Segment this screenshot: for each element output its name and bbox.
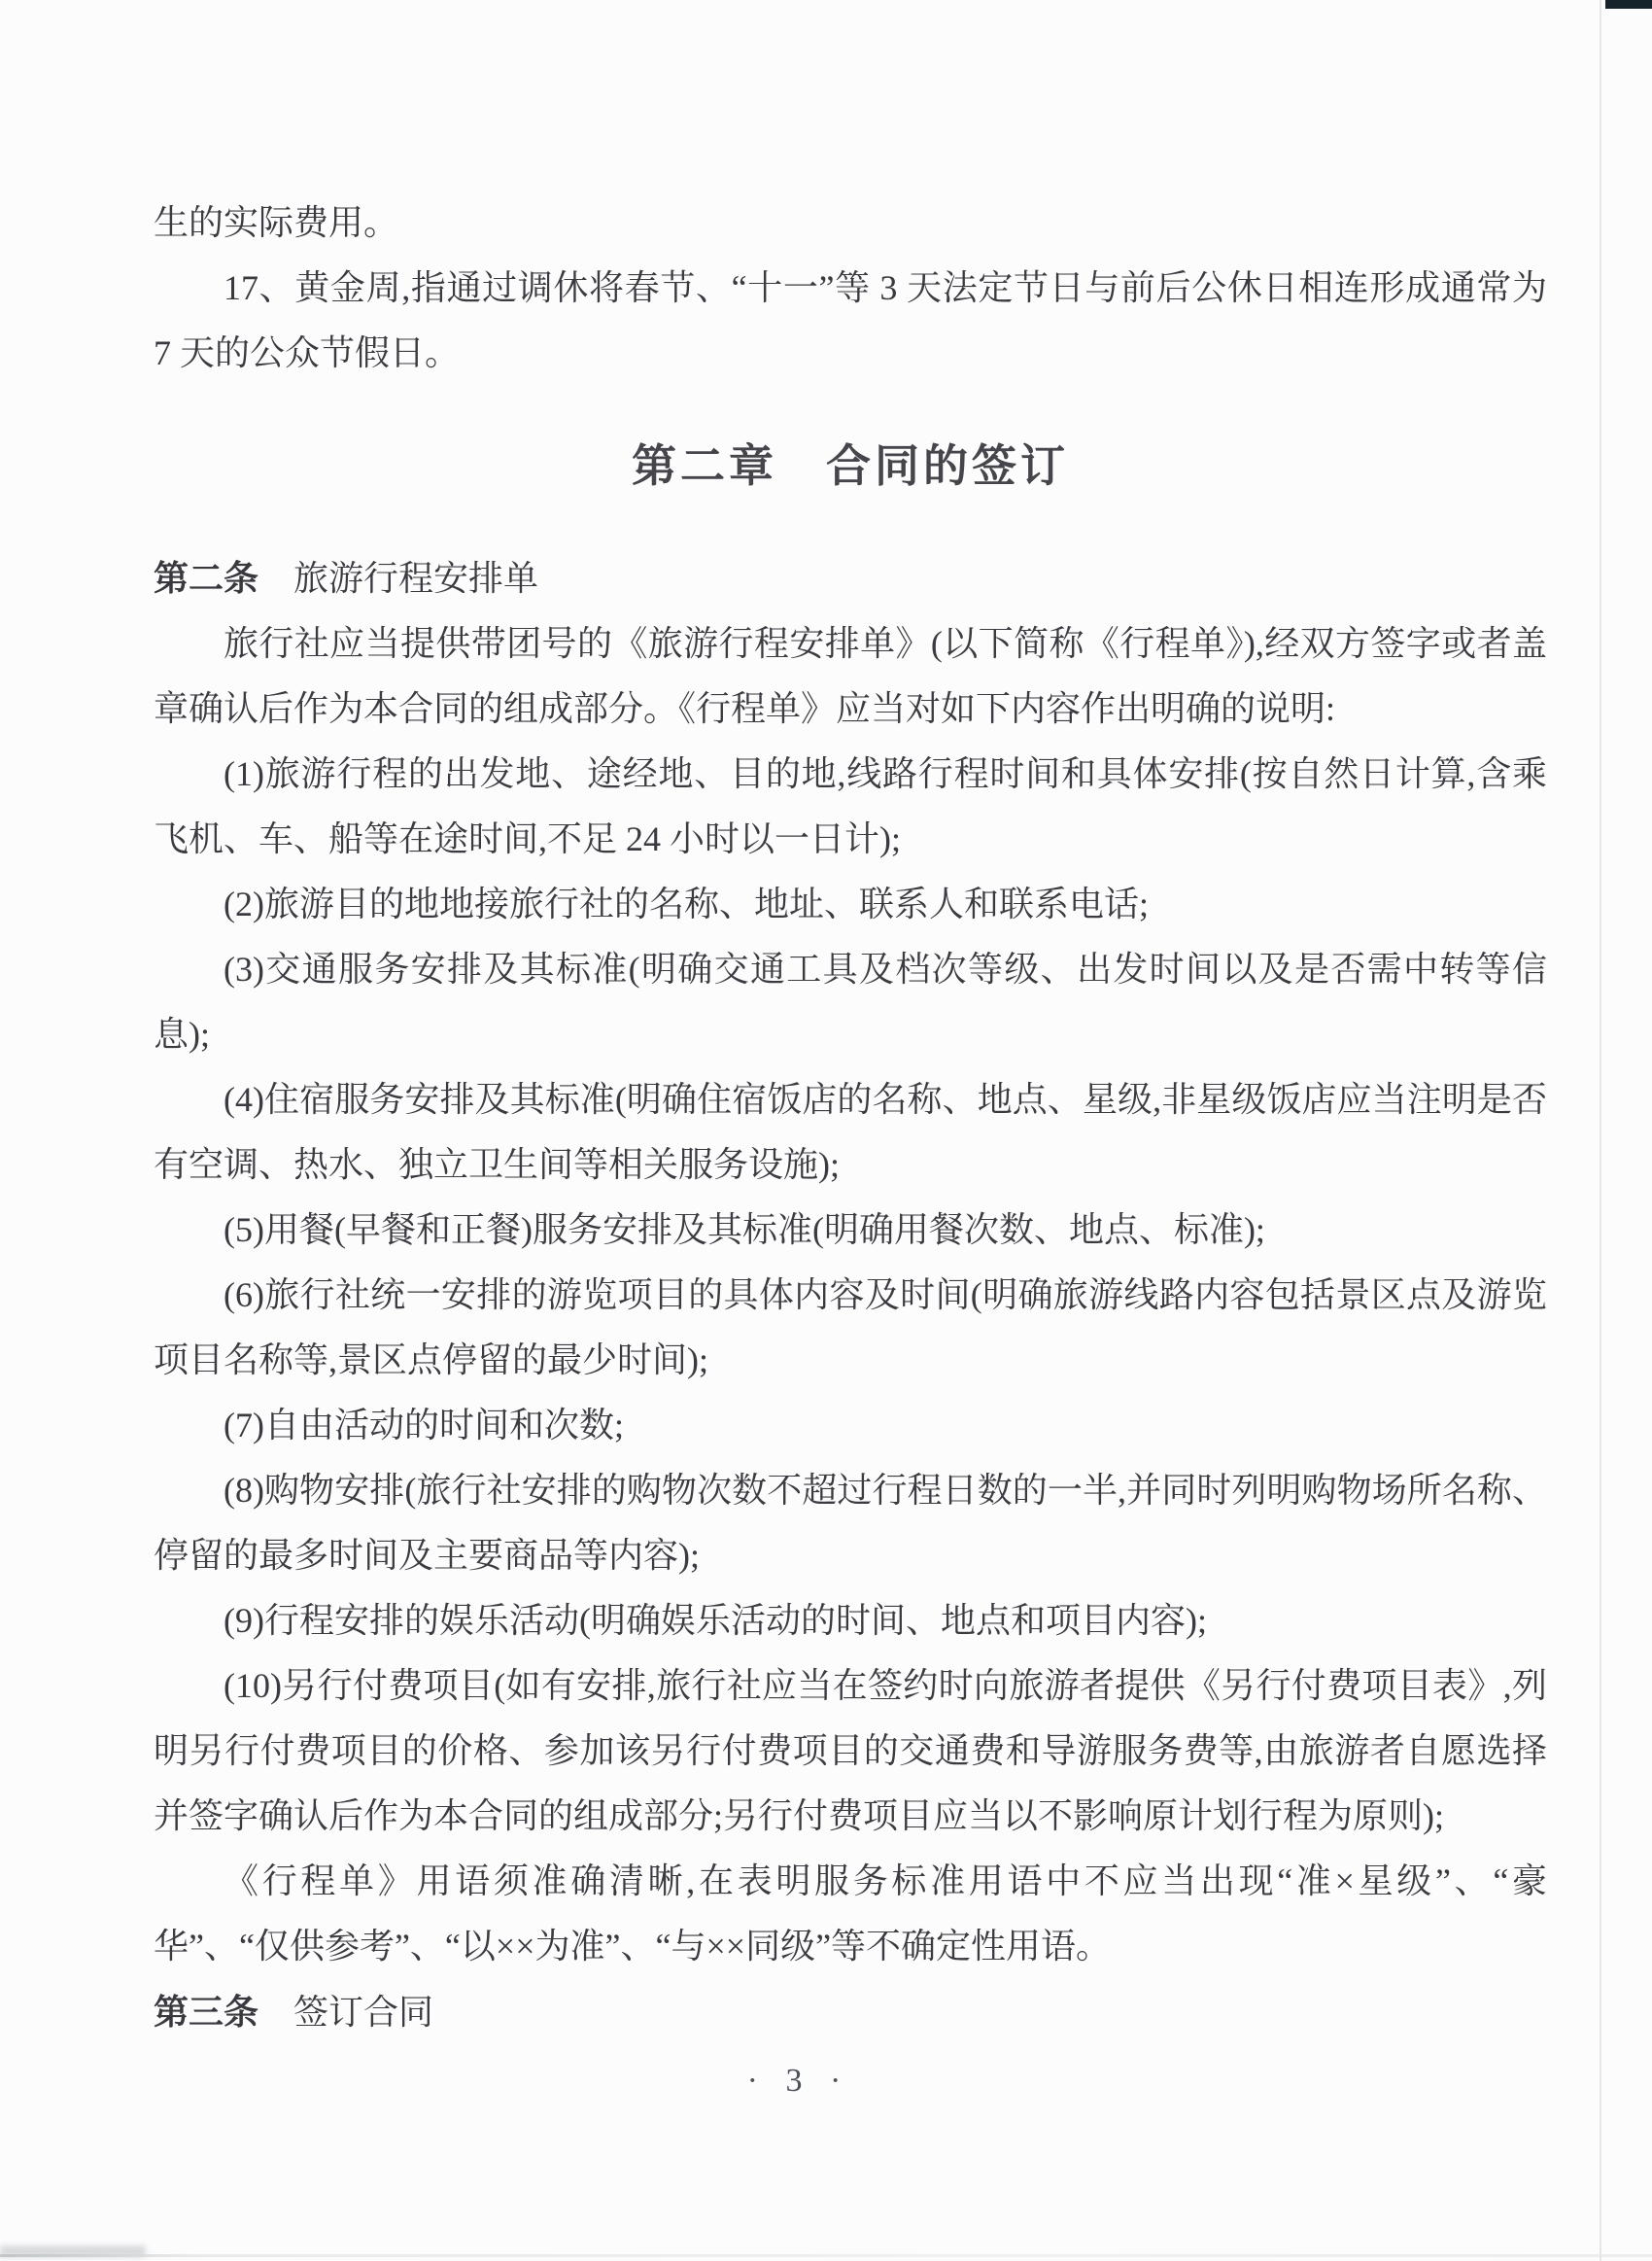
chapter-heading: 第二章 合同的签订 [154,436,1547,495]
paragraph: (6)旅行社统一安排的游览项目的具体内容及时间(明确旅游线路内容包括景区点及游览… [154,1263,1547,1393]
document-content: 生的实际费用。17、黄金周,指通过调休将春节、“十一”等 3 天法定节日与前后公… [154,191,1547,2045]
article-number: 第三条 [154,1992,258,2032]
paragraph: (9)行程安排的娱乐活动(明确娱乐活动的时间、地点和项目内容); [154,1588,1547,1653]
scan-corner-artifact [1605,0,1652,9]
article-number: 第二条 [154,558,258,598]
scan-bottom-edge [0,2254,1652,2257]
paragraph: (5)用餐(早餐和正餐)服务安排及其标准(明确用餐次数、地点、标准); [154,1198,1547,1263]
page-edge-line [1600,0,1601,2261]
page-number: · 3 · [0,2063,1598,2100]
paragraph: (3)交通服务安排及其标准(明确交通工具及档次等级、出发时间以及是否需中转等信息… [154,937,1547,1067]
paragraph: 17、黄金周,指通过调休将春节、“十一”等 3 天法定节日与前后公休日相连形成通… [154,256,1547,386]
paragraph: (2)旅游目的地地接旅行社的名称、地址、联系人和联系电话; [154,872,1547,937]
paragraph: (4)住宿服务安排及其标准(明确住宿饭店的名称、地点、星级,非星级饭店应当注明是… [154,1067,1547,1198]
paragraph: 《行程单》用语须准确清晰,在表明服务标准用语中不应当出现“准×星级”、“豪华”、… [154,1849,1547,1979]
paragraph: (7)自由活动的时间和次数; [154,1393,1547,1458]
paragraph: 生的实际费用。 [154,191,1547,256]
paragraph: (1)旅游行程的出发地、途经地、目的地,线路行程时间和具体安排(按自然日计算,含… [154,742,1547,872]
scanned-document-page: 生的实际费用。17、黄金周,指通过调休将春节、“十一”等 3 天法定节日与前后公… [0,0,1652,2261]
paragraph: (8)购物安排(旅行社安排的购物次数不超过行程日数的一半,并同时列明购物场所名称… [154,1458,1547,1588]
paragraph: (10)另行付费项目(如有安排,旅行社应当在签约时向旅游者提供《另行付费项目表》… [154,1653,1547,1849]
paragraph: 旅行社应当提供带团号的《旅游行程安排单》(以下简称《行程单》),经双方签字或者盖… [154,611,1547,742]
article-heading: 第三条 签订合同 [154,1979,1547,2045]
article-heading: 第二条 旅游行程安排单 [154,545,1547,611]
